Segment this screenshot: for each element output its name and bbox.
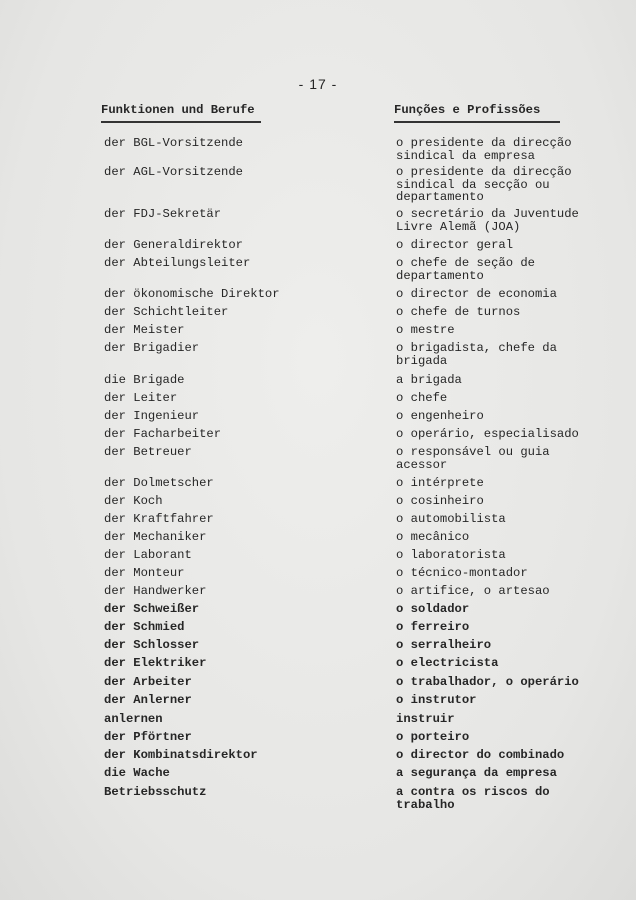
portuguese-term: o intérprete <box>396 477 484 490</box>
document-page: - 17 - Funktionen und Berufe Funções e P… <box>0 0 636 900</box>
german-term: der Handwerker <box>104 585 206 598</box>
german-term: der BGL-Vorsitzende <box>104 137 243 150</box>
german-term: der AGL-Vorsitzende <box>104 166 243 179</box>
german-term: der Monteur <box>104 567 184 580</box>
portuguese-term: o presidente da direcção sindical da sec… <box>396 166 572 204</box>
german-term: der Koch <box>104 495 163 508</box>
german-term: der Betreuer <box>104 446 192 459</box>
portuguese-term: o electricista <box>396 657 498 670</box>
portuguese-term: o engenheiro <box>396 410 484 423</box>
german-term: die Wache <box>104 767 170 780</box>
german-term: der Elektriker <box>104 657 206 670</box>
portuguese-term: a brigada <box>396 374 462 387</box>
german-term: der FDJ-Sekretär <box>104 208 221 221</box>
portuguese-term: o director geral <box>396 239 513 252</box>
german-term: der Mechaniker <box>104 531 206 544</box>
portuguese-term: o director do combinado <box>396 749 564 762</box>
german-term: der Arbeiter <box>104 676 192 689</box>
portuguese-term: o secretário da Juventude Livre Alemã (J… <box>396 208 579 233</box>
portuguese-term: o operário, especialisado <box>396 428 579 441</box>
german-term: der Kombinatsdirektor <box>104 749 258 762</box>
portuguese-term: o chefe <box>396 392 447 405</box>
german-term: der Pförtner <box>104 731 192 744</box>
portuguese-term: a contra os riscos do trabalho <box>396 786 550 811</box>
german-term: der Schmied <box>104 621 184 634</box>
portuguese-term: o responsável ou guia acessor <box>396 446 550 471</box>
portuguese-term: o laboratorista <box>396 549 506 562</box>
portuguese-term: o automobilista <box>396 513 506 526</box>
portuguese-term: o técnico-montador <box>396 567 528 580</box>
german-term: der Schlosser <box>104 639 199 652</box>
german-term: der Abteilungsleiter <box>104 257 250 270</box>
portuguese-term: o mestre <box>396 324 455 337</box>
german-term: die Brigade <box>104 374 184 387</box>
portuguese-term: o presidente da direcção sindical da emp… <box>396 137 572 162</box>
portuguese-term: o ferreiro <box>396 621 469 634</box>
german-term: der Dolmetscher <box>104 477 214 490</box>
portuguese-column-header: Funções e Profissões <box>394 103 560 123</box>
portuguese-term: o porteiro <box>396 731 469 744</box>
page-number: - 17 - <box>0 76 636 92</box>
german-term: der Meister <box>104 324 184 337</box>
german-term: der Facharbeiter <box>104 428 221 441</box>
portuguese-term: o chefe de turnos <box>396 306 520 319</box>
portuguese-term: o cosinheiro <box>396 495 484 508</box>
german-term: Betriebsschutz <box>104 786 206 799</box>
portuguese-term: o brigadista, chefe da brigada <box>396 342 557 367</box>
portuguese-term: o director de economia <box>396 288 557 301</box>
german-term: anlernen <box>104 713 163 726</box>
portuguese-term: o soldador <box>396 603 469 616</box>
portuguese-term: instruir <box>396 713 455 726</box>
portuguese-term: o chefe de seção de departamento <box>396 257 535 282</box>
german-term: der Generaldirektor <box>104 239 243 252</box>
german-term: der ökonomische Direktor <box>104 288 280 301</box>
german-term: der Kraftfahrer <box>104 513 214 526</box>
german-term: der Schweißer <box>104 603 199 616</box>
german-term: der Laborant <box>104 549 192 562</box>
portuguese-term: o artifice, o artesao <box>396 585 550 598</box>
portuguese-term: a segurança da empresa <box>396 767 557 780</box>
german-term: der Schichtleiter <box>104 306 228 319</box>
german-term: der Leiter <box>104 392 177 405</box>
german-column-header: Funktionen und Berufe <box>101 103 261 123</box>
portuguese-term: o mecânico <box>396 531 469 544</box>
portuguese-term: o instrutor <box>396 694 476 707</box>
german-term: der Ingenieur <box>104 410 199 423</box>
portuguese-term: o serralheiro <box>396 639 491 652</box>
portuguese-term: o trabalhador, o operário <box>396 676 579 689</box>
german-term: der Anlerner <box>104 694 192 707</box>
german-term: der Brigadier <box>104 342 199 355</box>
